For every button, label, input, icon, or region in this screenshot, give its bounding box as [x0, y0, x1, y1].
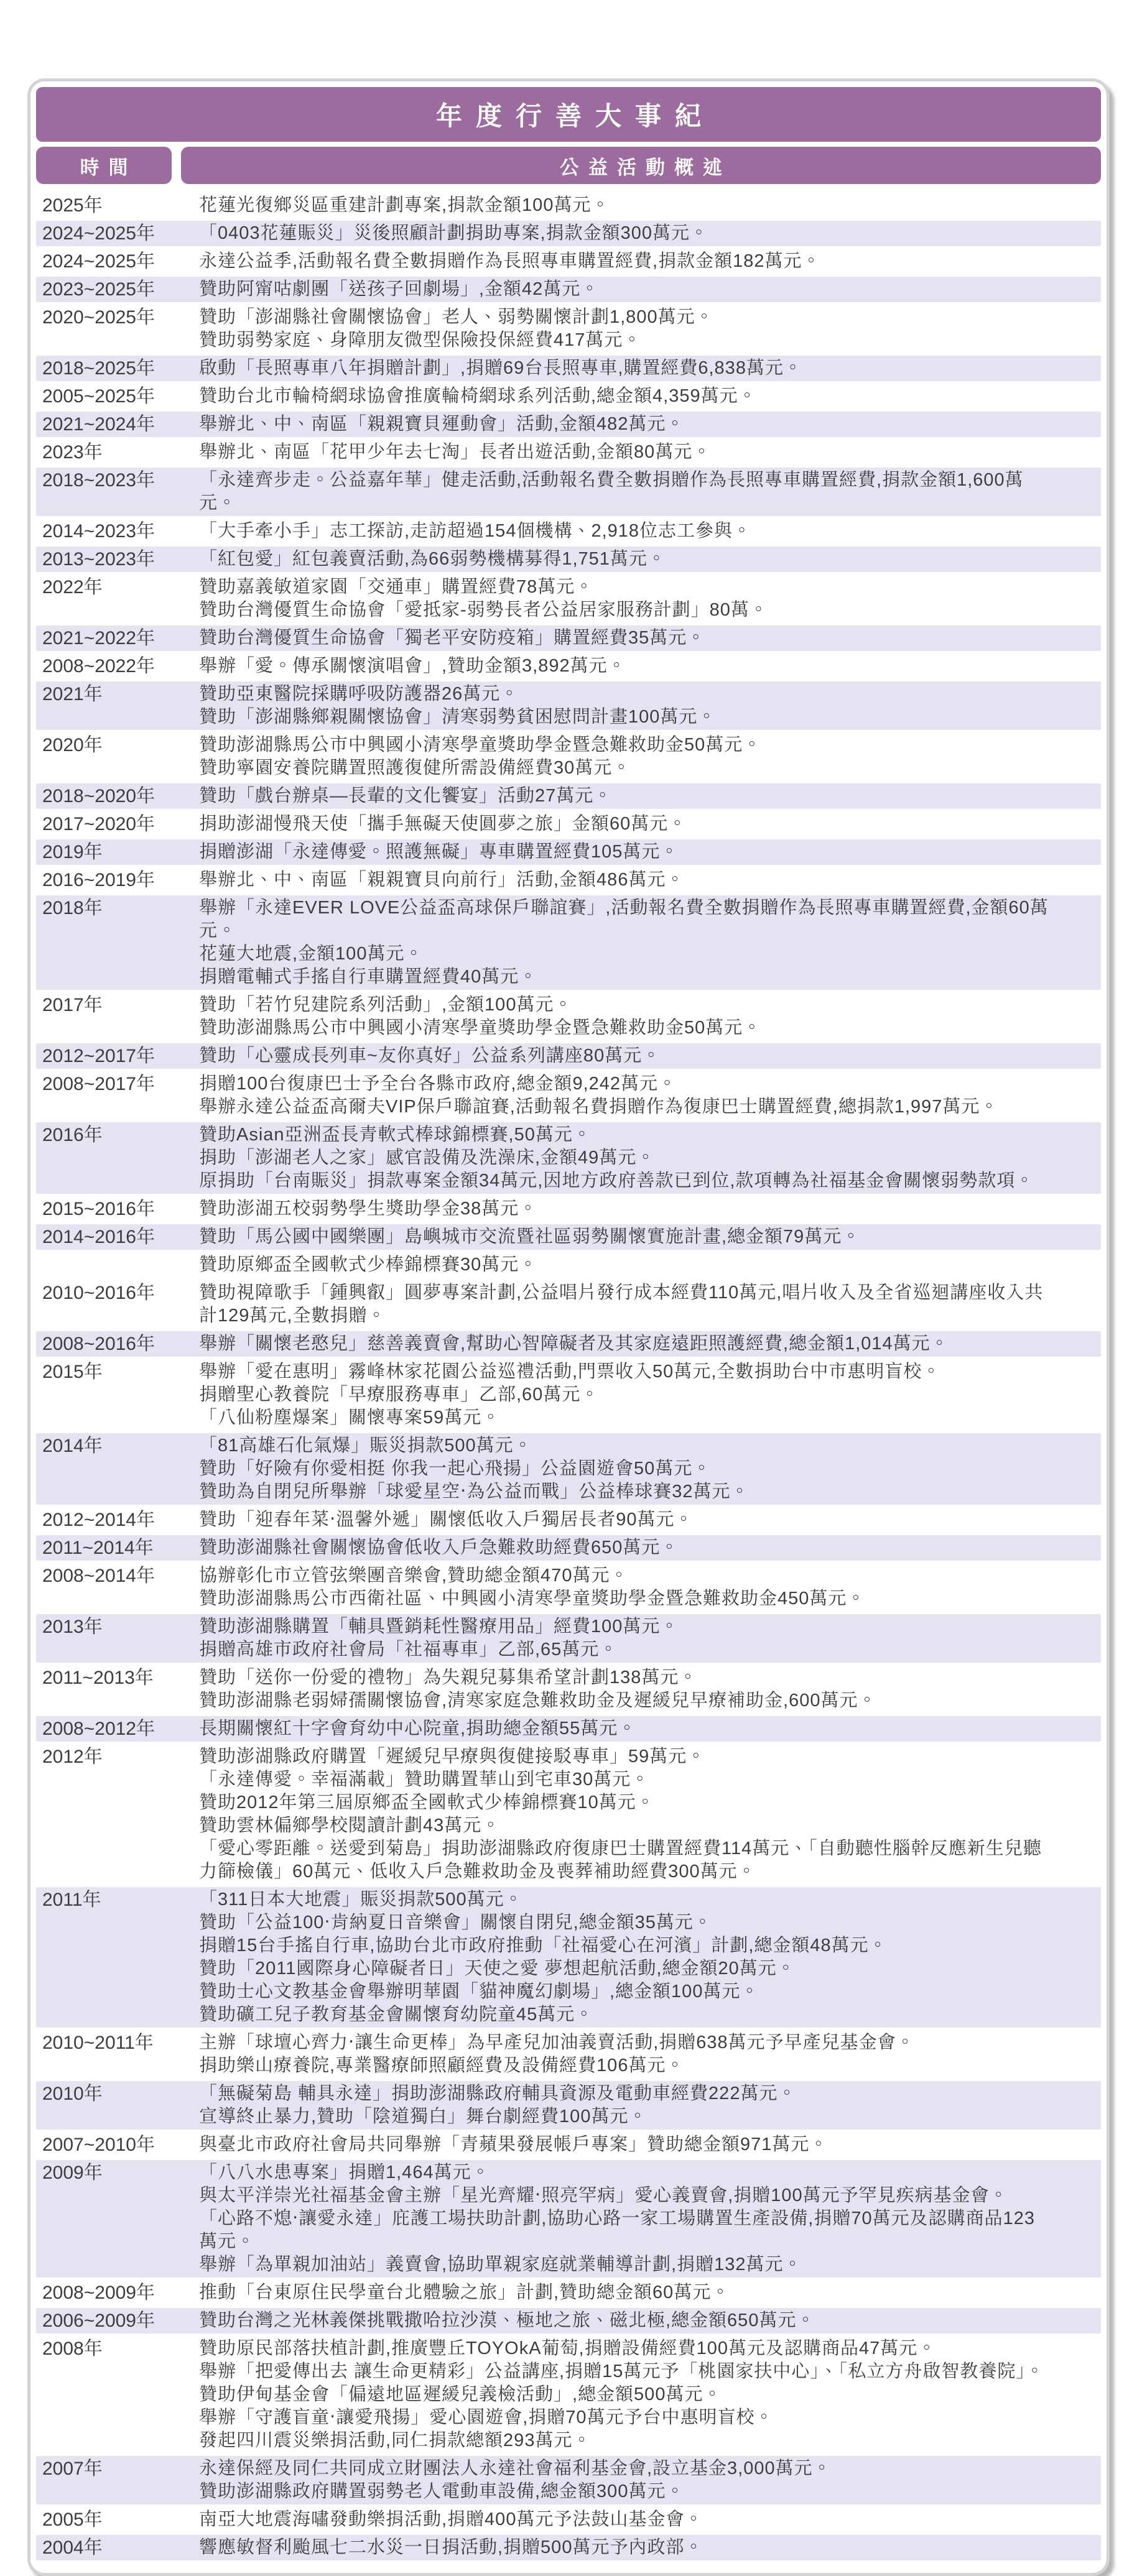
entry-lines: 「永達齊步走。公益嘉年華」健走活動,活動報名費全數捐贈作為長照專車購置經費,捐款…	[199, 469, 1052, 515]
entry-line: 「八八水患專案」捐贈1,464萬元。	[199, 2161, 1052, 2184]
entry-lines: 贊助阿甯咕劇團「送孩子回劇場」,金額42萬元。	[199, 278, 1052, 301]
entry-time: 2023~2025年	[36, 278, 199, 301]
entry-time: 2024~2025年	[36, 250, 199, 273]
entry-line: 贊助澎湖縣社會關懷協會低收入戶急難救助經費650萬元。	[199, 1536, 1052, 1559]
entry-line: 與太平洋崇光社福基金會主辦「星光齊耀‧照亮罕病」愛心義賣會,捐贈100萬元予罕見…	[199, 2184, 1052, 2207]
entry-lines: 舉辦「關懷老憨兒」慈善義賣會,幫助心智障礙者及其家庭遠距照護經費,總金額1,01…	[199, 1332, 1052, 1355]
entry-time: 2021~2024年	[36, 413, 199, 436]
entry-time: 2015~2016年	[36, 1198, 199, 1221]
entry-line: 永達保經及同仁共同成立財團法人永達社會福利基金會,設立基金3,000萬元。	[199, 2457, 1052, 2480]
entry-line: 舉辦「永達EVER LOVE公益盃高球保戶聯誼賽」,活動報名費全數捐贈作為長照專…	[199, 897, 1052, 943]
entry-line: 舉辦北、中、南區「親親寶貝向前行」活動,金額486萬元。	[199, 869, 1052, 892]
entry-time: 2020年	[36, 734, 199, 780]
entry-line: 捐助樂山療養院,專業醫療師照顧經費及設備經費106萬元。	[199, 2054, 1052, 2077]
event-row: 2007~2010年 與臺北市政府社會局共同舉辦「青蘋果發展帳戶專案」贊助總金額…	[36, 2132, 1101, 2158]
event-row: 2021~2024年 舉辦北、中、南區「親親寶貝運動會」活動,金額482萬元。	[36, 412, 1101, 437]
entry-line: 舉辦永達公益盃高爾夫VIP保戶聯誼賽,活動報名費捐贈作為復康巴士購置經費,總捐款…	[199, 1096, 1052, 1119]
entry-line: 「無礙菊島 輔具永達」捐助澎湖縣政府輔具資源及電動車經費222萬元。	[199, 2082, 1052, 2105]
event-row: 2008~2017年 捐贈100台復康巴士予全台各縣市政府,總金額9,242萬元…	[36, 1071, 1101, 1120]
entry-time: 2008~2012年	[36, 1717, 199, 1740]
column-header-time: 時間	[36, 147, 172, 184]
entry-time: 2008~2014年	[36, 1564, 199, 1610]
entry-line: 贊助2012年第三屆原鄉盃全國軟式少棒錦標賽10萬元。	[199, 1791, 1052, 1814]
entry-line: 贊助阿甯咕劇團「送孩子回劇場」,金額42萬元。	[199, 278, 1052, 301]
event-row: 2008~2016年 舉辦「關懷老憨兒」慈善義賣會,幫助心智障礙者及其家庭遠距照…	[36, 1331, 1101, 1357]
event-row: 2015~2016年 贊助澎湖五校弱勢學生獎助學金38萬元。	[36, 1196, 1101, 1222]
entry-time: 2008~2022年	[36, 655, 199, 678]
entry-time: 2010~2011年	[36, 2031, 199, 2077]
event-row: 2011年 「311日本大地震」賑災捐款500萬元。贊助「公益100‧肯納夏日音…	[36, 1887, 1101, 2028]
entry-line: 主辦「球壇心齊力‧讓生命更棒」為早產兒加油義賣活動,捐贈638萬元予早產兒基金會…	[199, 2031, 1052, 2054]
entry-time: 2017年	[36, 994, 199, 1040]
entry-line: 贊助澎湖五校弱勢學生獎助學金38萬元。	[199, 1198, 1052, 1221]
entry-line: 響應敏督利颱風七二水災一日捐活動,捐贈500萬元予內政部。	[199, 2536, 1052, 2559]
event-row: 2011~2014年 贊助澎湖縣社會關懷協會低收入戶急難救助經費650萬元。	[36, 1535, 1101, 1561]
event-row: 2014~2016年 贊助「馬公國中國樂團」島嶼城市交流暨社區弱勢關懷實施計畫,…	[36, 1224, 1101, 1250]
entry-line: 原捐助「台南賑災」捐款專案金額34萬元,因地方政府善款已到位,款項轉為社福基金會…	[199, 1170, 1052, 1193]
entry-time: 2024~2025年	[36, 222, 199, 245]
entry-lines: 南亞大地震海嘯發動樂捐活動,捐贈400萬元予法鼓山基金會。	[199, 2508, 1052, 2531]
event-row: 2013年 贊助澎湖縣購置「輔具暨銷耗性醫療用品」經費100萬元。捐贈高雄市政府…	[36, 1614, 1101, 1663]
entry-line: 贊助弱勢家庭、身障朋友微型保險投保經費417萬元。	[199, 329, 1052, 352]
entry-line: 捐贈100台復康巴士予全台各縣市政府,總金額9,242萬元。	[199, 1073, 1052, 1096]
entry-lines: 贊助「馬公國中國樂團」島嶼城市交流暨社區弱勢關懷實施計畫,總金額79萬元。	[199, 1226, 1052, 1249]
entry-lines: 舉辦北、中、南區「親親寶貝向前行」活動,金額486萬元。	[199, 869, 1052, 892]
entry-lines: 贊助原鄉盃全國軟式少棒錦標賽30萬元。	[199, 1253, 1052, 1276]
entry-time: 2017~2020年	[36, 813, 199, 836]
entry-lines: 永達保經及同仁共同成立財團法人永達社會福利基金會,設立基金3,000萬元。贊助澎…	[199, 2457, 1052, 2503]
entry-time: 2018~2025年	[36, 357, 199, 380]
event-row: 2010年 「無礙菊島 輔具永達」捐助澎湖縣政府輔具資源及電動車經費222萬元。…	[36, 2081, 1101, 2130]
entry-lines: 主辦「球壇心齊力‧讓生命更棒」為早產兒加油義賣活動,捐贈638萬元予早產兒基金會…	[199, 2031, 1052, 2077]
entry-line: 贊助「澎湖縣社會關懷協會」老人、弱勢關懷計劃1,800萬元。	[199, 306, 1052, 329]
entry-line: 與臺北市政府社會局共同舉辦「青蘋果發展帳戶專案」贊助總金額971萬元。	[199, 2133, 1052, 2156]
entry-line: 舉辦「守護盲童‧讓愛飛揚」愛心園遊會,捐贈70萬元予台中惠明盲校。	[199, 2406, 1052, 2429]
entry-line: 發起四川震災樂捐活動,同仁捐款總額293萬元。	[199, 2429, 1052, 2452]
entry-time: 2020~2025年	[36, 306, 199, 352]
entry-lines: 贊助台北市輪椅網球協會推廣輪椅網球系列活動,總金額4,359萬元。	[199, 385, 1052, 408]
entry-time: 2012年	[36, 1745, 199, 1883]
entry-line: 贊助雲林偏鄉學校閱讀計劃43萬元。	[199, 1814, 1052, 1837]
entry-line: 「永達齊步走。公益嘉年華」健走活動,活動報名費全數捐贈作為長照專車購置經費,捐款…	[199, 469, 1052, 515]
entry-line: 推動「台東原住民學童台北體驗之旅」計劃,贊助總金額60萬元。	[199, 2281, 1052, 2304]
entry-lines: 贊助「送你一份愛的禮物」為失親兒募集希望計劃138萬元。贊助澎湖縣老弱婦孺關懷協…	[199, 1666, 1052, 1712]
entry-time: 2018~2023年	[36, 469, 199, 515]
entry-lines: 「0403花蓮賑災」災後照顧計劃捐助專案,捐款金額300萬元。	[199, 222, 1052, 245]
entry-line: 花蓮光復鄉災區重建計劃專案,捐款金額100萬元。	[199, 194, 1052, 217]
entry-line: 贊助台北市輪椅網球協會推廣輪椅網球系列活動,總金額4,359萬元。	[199, 385, 1052, 408]
entry-time: 2010~2016年	[36, 1281, 199, 1327]
event-row: 2021~2022年 贊助台灣優質生命協會「獨老平安防疫箱」購置經費35萬元。	[36, 626, 1101, 651]
entry-time: 2014~2016年	[36, 1226, 199, 1249]
entry-time: 2008年	[36, 2337, 199, 2452]
entry-line: 「八仙粉塵爆案」關懷專案59萬元。	[199, 1406, 1052, 1429]
title-bar: 年度行善大事紀	[36, 87, 1101, 142]
event-row: 2017~2020年 捐助澎湖慢飛天使「攜手無礙天使圓夢之旅」金額60萬元。	[36, 811, 1101, 837]
entry-time: 2016~2019年	[36, 869, 199, 892]
event-row: 2021年 贊助亞東醫院採購呼吸防護器26萬元。贊助「澎湖縣鄉親關懷協會」清寒弱…	[36, 681, 1101, 730]
entry-time: 2022年	[36, 576, 199, 622]
entry-line: 贊助台灣優質生命協會「獨老平安防疫箱」購置經費35萬元。	[199, 627, 1052, 650]
entry-time: 2014年	[36, 1434, 199, 1503]
entry-time: 2023年	[36, 441, 199, 464]
event-row: 2018~2025年 啟動「長照專車八年捐贈計劃」,捐贈69台長照專車,購置經費…	[36, 356, 1101, 381]
entry-line: 贊助士心文教基金會舉辦明華園「貓神魔幻劇場」,總金額100萬元。	[199, 1980, 1052, 2003]
entry-line: 贊助Asian亞洲盃長青軟式棒球錦標賽,50萬元。	[199, 1124, 1052, 1147]
entry-lines: 「八八水患專案」捐贈1,464萬元。與太平洋崇光社福基金會主辦「星光齊耀‧照亮罕…	[199, 2161, 1052, 2276]
entry-line: 舉辦「愛在惠明」霧峰林家花園公益巡禮活動,門票收入50萬元,全數捐助台中市惠明盲…	[199, 1360, 1052, 1383]
event-row: 2004年 響應敏督利颱風七二水災一日捐活動,捐贈500萬元予內政部。	[36, 2535, 1101, 2560]
entry-line: 贊助澎湖縣老弱婦孺關懷協會,清寒家庭急難救助金及遲緩兒早療補助金,600萬元。	[199, 1689, 1052, 1712]
entry-time: 2011~2013年	[36, 1666, 199, 1712]
entry-line: 「81高雄石化氣爆」賑災捐款500萬元。	[199, 1434, 1052, 1457]
entry-lines: 舉辦「愛。傳承關懷演唱會」,贊助金額3,892萬元。	[199, 655, 1052, 678]
entry-lines: 贊助「若竹兒建院系列活動」,金額100萬元。贊助澎湖縣馬公市中興國小清寒學童獎助…	[199, 994, 1052, 1040]
entry-line: 南亞大地震海嘯發動樂捐活動,捐贈400萬元予法鼓山基金會。	[199, 2508, 1052, 2531]
entry-line: 贊助「公益100‧肯納夏日音樂會」關懷自閉兒,總金額35萬元。	[199, 1911, 1052, 1934]
entry-line: 捐贈電輔式手搖自行車購置經費40萬元。	[199, 966, 1052, 989]
entry-lines: 「無礙菊島 輔具永達」捐助澎湖縣政府輔具資源及電動車經費222萬元。宣導終止暴力…	[199, 2082, 1052, 2128]
entry-lines: 永達公益季,活動報名費全數捐贈作為長照專車購置經費,捐款金額182萬元。	[199, 250, 1052, 273]
entry-line: 宣導終止暴力,贊助「陰道獨白」舞台劇經費100萬元。	[199, 2105, 1052, 2128]
event-row: 2024~2025年 「0403花蓮賑災」災後照顧計劃捐助專案,捐款金額300萬…	[36, 221, 1101, 246]
entry-lines: 「紅包愛」紅包義賣活動,為66弱勢機構募得1,751萬元。	[199, 548, 1052, 571]
event-row: 2019年 捐贈澎湖「永達傳愛。照護無礙」專車購置經費105萬元。	[36, 839, 1101, 865]
entry-line: 贊助「2011國際身心障礙者日」天使之愛 夢想起航活動,總金額20萬元。	[199, 1957, 1052, 1980]
entry-lines: 舉辦北、南區「花甲少年去七淘」長者出遊活動,金額80萬元。	[199, 441, 1052, 464]
entry-time: 2007~2010年	[36, 2133, 199, 2156]
entry-line: 捐助「澎湖老人之家」感官設備及洗澡床,金額49萬元。	[199, 1147, 1052, 1170]
page: { "title": "年度行善大事紀", "columns": { "time…	[0, 0, 1137, 2489]
event-row: 2015年 舉辦「愛在惠明」霧峰林家花園公益巡禮活動,門票收入50萬元,全數捐助…	[36, 1359, 1101, 1431]
entry-time: 2021年	[36, 683, 199, 729]
entry-lines: 舉辦「愛在惠明」霧峰林家花園公益巡禮活動,門票收入50萬元,全數捐助台中市惠明盲…	[199, 1360, 1052, 1429]
entry-line: 捐贈高雄市政府社會局「社福專車」乙部,65萬元。	[199, 1638, 1052, 1661]
entry-lines: 贊助澎湖縣社會關懷協會低收入戶急難救助經費650萬元。	[199, 1536, 1052, 1559]
entry-lines: 贊助「澎湖縣社會關懷協會」老人、弱勢關懷計劃1,800萬元。贊助弱勢家庭、身障朋…	[199, 306, 1052, 352]
event-row: 2017年 贊助「若竹兒建院系列活動」,金額100萬元。贊助澎湖縣馬公市中興國小…	[36, 992, 1101, 1041]
event-row: 2022年 贊助嘉義敏道家園「交通車」購置經費78萬元。贊助台灣優質生命協會「愛…	[36, 575, 1101, 623]
entry-time: 2013年	[36, 1615, 199, 1661]
entry-line: 「永達傳愛。幸福滿載」贊助購置華山到宅車30萬元。	[199, 1768, 1052, 1791]
entry-lines: 贊助原民部落扶植計劃,推廣豐丘TOYOkA葡萄,捐贈設備經費100萬元及認購商品…	[199, 2337, 1052, 2452]
event-row: 2025年 花蓮光復鄉災區重建計劃專案,捐款金額100萬元。	[36, 193, 1101, 218]
entry-line: 「311日本大地震」賑災捐款500萬元。	[199, 1888, 1052, 1911]
event-row: 2006~2009年 贊助台灣之光林義傑挑戰撒哈拉沙漠、極地之旅、磁北極,總金額…	[36, 2308, 1101, 2334]
entry-line: 捐贈15台手搖自行車,協助台北市政府推動「社福愛心在河濱」計劃,總金額48萬元。	[199, 1934, 1052, 1957]
entry-line: 贊助澎湖縣馬公市西衛社區、中興國小清寒學童獎助學金暨急難救助金450萬元。	[199, 1587, 1052, 1610]
entry-line: 贊助嘉義敏道家園「交通車」購置經費78萬元。	[199, 576, 1052, 599]
entry-time: 2008~2016年	[36, 1332, 199, 1355]
entry-time: 2005~2025年	[36, 385, 199, 408]
entry-line: 贊助澎湖縣政府購置「遲緩兒早療與復健接駁專車」59萬元。	[199, 1745, 1052, 1768]
entry-lines: 贊助「心靈成長列車~友你真好」公益系列講座80萬元。	[199, 1045, 1052, 1068]
event-row: 2012年 贊助澎湖縣政府購置「遲緩兒早療與復健接駁專車」59萬元。「永達傳愛。…	[36, 1744, 1101, 1885]
entry-lines: 「311日本大地震」賑災捐款500萬元。贊助「公益100‧肯納夏日音樂會」關懷自…	[199, 1888, 1052, 2026]
entry-line: 贊助亞東醫院採購呼吸防護器26萬元。	[199, 683, 1052, 706]
entry-time: 2013~2023年	[36, 548, 199, 571]
entry-lines: 贊助澎湖縣購置「輔具暨銷耗性醫療用品」經費100萬元。捐贈高雄市政府社會局「社福…	[199, 1615, 1052, 1661]
entry-line: 舉辦「關懷老憨兒」慈善義賣會,幫助心智障礙者及其家庭遠距照護經費,總金額1,01…	[199, 1332, 1052, 1355]
page-title: 年度行善大事紀	[422, 96, 715, 133]
entry-time: 2018~2020年	[36, 785, 199, 808]
entry-time: 2005年	[36, 2508, 199, 2531]
entry-lines: 贊助「迎春年菜‧溫馨外遞」關懷低收入戶獨居長者90萬元。	[199, 1508, 1052, 1531]
entry-time: 2011年	[36, 1888, 199, 2026]
events-card: 年度行善大事紀 時間 公益活動概述 2025年 花蓮光復鄉災區重建計劃專案,捐款…	[27, 78, 1110, 2576]
entry-lines: 贊助澎湖縣政府購置「遲緩兒早療與復健接駁專車」59萬元。「永達傳愛。幸福滿載」贊…	[199, 1745, 1052, 1883]
event-row: 2018年 舉辦「永達EVER LOVE公益盃高球保戶聯誼賽」,活動報名費全數捐…	[36, 895, 1101, 990]
entry-line: 捐贈澎湖「永達傳愛。照護無礙」專車購置經費105萬元。	[199, 841, 1052, 864]
event-row: 2016~2019年 舉辦北、中、南區「親親寶貝向前行」活動,金額486萬元。	[36, 867, 1101, 893]
entry-line: 「心路不熄‧讓愛永達」庇護工場扶助計劃,協助心路一家工場購置生產設備,捐贈70萬…	[199, 2207, 1052, 2253]
entry-time: 2016年	[36, 1124, 199, 1193]
entry-line: 贊助澎湖縣政府購置弱勢老人電動車設備,總金額300萬元。	[199, 2480, 1052, 2503]
entry-line: 贊助伊甸基金會「偏遠地區遲緩兒義檢活動」,總金額500萬元。	[199, 2383, 1052, 2406]
entry-lines: 「81高雄石化氣爆」賑災捐款500萬元。贊助「好險有你愛相挺 你我一起心飛揚」公…	[199, 1434, 1052, 1503]
entry-time: 2021~2022年	[36, 627, 199, 650]
entry-time: 2014~2023年	[36, 520, 199, 543]
entry-line: 花蓮大地震,金額100萬元。	[199, 943, 1052, 966]
entry-line: 「愛心零距離。送愛到菊島」捐助澎湖縣政府復康巴士購置經費114萬元、「自動聽性腦…	[199, 1837, 1052, 1883]
entry-lines: 贊助視障歌手「鍾興叡」圓夢專案計劃,公益唱片發行成本經費110萬元,唱片收入及全…	[199, 1281, 1052, 1327]
event-row: 2012~2017年 贊助「心靈成長列車~友你真好」公益系列講座80萬元。	[36, 1043, 1101, 1069]
entry-line: 贊助為自閉兒所舉辦「球愛星空‧為公益而戰」公益棒球賽32萬元。	[199, 1480, 1052, 1503]
event-row: 2005年 南亞大地震海嘯發動樂捐活動,捐贈400萬元予法鼓山基金會。	[36, 2507, 1101, 2532]
event-row: 2023~2025年 贊助阿甯咕劇團「送孩子回劇場」,金額42萬元。	[36, 277, 1101, 302]
entry-lines: 贊助澎湖縣馬公市中興國小清寒學童獎助學金暨急難救助金50萬元。贊助寧園安養院購置…	[199, 734, 1052, 780]
entry-line: 「大手牽小手」志工探訪,走訪超過154個機構、2,918位志工參與。	[199, 520, 1052, 543]
event-row: 2020~2025年 贊助「澎湖縣社會關懷協會」老人、弱勢關懷計劃1,800萬元…	[36, 305, 1101, 353]
entry-lines: 舉辦北、中、南區「親親寶貝運動會」活動,金額482萬元。	[199, 413, 1052, 436]
entry-line: 捐助澎湖慢飛天使「攜手無礙天使圓夢之旅」金額60萬元。	[199, 813, 1052, 836]
entry-line: 舉辦「為單親加油站」義賣會,協助單親家庭就業輔導計劃,捐贈132萬元。	[199, 2253, 1052, 2276]
entry-lines: 贊助「戲台辦桌—長輩的文化饗宴」活動27萬元。	[199, 785, 1052, 808]
entry-line: 贊助澎湖縣購置「輔具暨銷耗性醫療用品」經費100萬元。	[199, 1615, 1052, 1638]
event-row: 2010~2016年 贊助視障歌手「鍾興叡」圓夢專案計劃,公益唱片發行成本經費1…	[36, 1280, 1101, 1329]
entry-time: 2019年	[36, 841, 199, 864]
entry-line: 贊助礦工兒子教育基金會關懷育幼院童45萬元。	[199, 2003, 1052, 2026]
entry-time: 2008~2009年	[36, 2281, 199, 2304]
entry-line: 贊助「好險有你愛相挺 你我一起心飛揚」公益園遊會50萬元。	[199, 1457, 1052, 1480]
entry-line: 贊助「迎春年菜‧溫馨外遞」關懷低收入戶獨居長者90萬元。	[199, 1508, 1052, 1531]
entry-line: 贊助「戲台辦桌—長輩的文化饗宴」活動27萬元。	[199, 785, 1052, 808]
entry-line: 贊助視障歌手「鍾興叡」圓夢專案計劃,公益唱片發行成本經費110萬元,唱片收入及全…	[199, 1281, 1052, 1327]
event-row: 2008年 贊助原民部落扶植計劃,推廣豐丘TOYOkA葡萄,捐贈設備經費100萬…	[36, 2336, 1101, 2454]
entry-lines: 與臺北市政府社會局共同舉辦「青蘋果發展帳戶專案」贊助總金額971萬元。	[199, 2133, 1052, 2156]
event-row: 2024~2025年 永達公益季,活動報名費全數捐贈作為長照專車購置經費,捐款金…	[36, 249, 1101, 274]
event-row: 2008~2012年 長期關懷紅十字會育幼中心院童,捐助總金額55萬元。	[36, 1716, 1101, 1742]
entry-line: 贊助澎湖縣馬公市中興國小清寒學童獎助學金暨急難救助金50萬元。	[199, 734, 1052, 757]
entry-line: 「紅包愛」紅包義賣活動,為66弱勢機構募得1,751萬元。	[199, 548, 1052, 571]
entry-lines: 贊助嘉義敏道家園「交通車」購置經費78萬元。贊助台灣優質生命協會「愛抵家-弱勢長…	[199, 576, 1052, 622]
column-header-row: 時間 公益活動概述	[36, 147, 1101, 184]
event-row: 2014年 「81高雄石化氣爆」賑災捐款500萬元。贊助「好險有你愛相挺 你我一…	[36, 1433, 1101, 1505]
entry-line: 舉辦北、南區「花甲少年去七淘」長者出遊活動,金額80萬元。	[199, 441, 1052, 464]
entry-line: 長期關懷紅十字會育幼中心院童,捐助總金額55萬元。	[199, 1717, 1052, 1740]
entry-line: 贊助台灣優質生命協會「愛抵家-弱勢長者公益居家服務計劃」80萬。	[199, 599, 1052, 622]
entry-line: 「0403花蓮賑災」災後照顧計劃捐助專案,捐款金額300萬元。	[199, 222, 1052, 245]
entry-time: 2012~2017年	[36, 1045, 199, 1068]
entry-time: 2010年	[36, 2082, 199, 2128]
entry-lines: 贊助Asian亞洲盃長青軟式棒球錦標賽,50萬元。捐助「澎湖老人之家」感官設備及…	[199, 1124, 1052, 1193]
entry-lines: 響應敏督利颱風七二水災一日捐活動,捐贈500萬元予內政部。	[199, 2536, 1052, 2559]
entry-time: 2009年	[36, 2161, 199, 2276]
event-row: 2008~2014年 協辦彰化市立管弦樂團音樂會,贊助總金額470萬元。贊助澎湖…	[36, 1563, 1101, 1612]
entry-lines: 贊助台灣之光林義傑挑戰撒哈拉沙漠、極地之旅、磁北極,總金額650萬元。	[199, 2309, 1052, 2332]
entry-lines: 協辦彰化市立管弦樂團音樂會,贊助總金額470萬元。贊助澎湖縣馬公市西衛社區、中興…	[199, 1564, 1052, 1610]
event-row: 2018~2020年 贊助「戲台辦桌—長輩的文化饗宴」活動27萬元。	[36, 783, 1101, 809]
entry-lines: 捐贈澎湖「永達傳愛。照護無礙」專車購置經費105萬元。	[199, 841, 1052, 864]
entry-time: 2004年	[36, 2536, 199, 2559]
entry-line: 贊助台灣之光林義傑挑戰撒哈拉沙漠、極地之旅、磁北極,總金額650萬元。	[199, 2309, 1052, 2332]
entry-lines: 推動「台東原住民學童台北體驗之旅」計劃,贊助總金額60萬元。	[199, 2281, 1052, 2304]
entry-time: 2015年	[36, 1360, 199, 1429]
event-row: 2007年 永達保經及同仁共同成立財團法人永達社會福利基金會,設立基金3,000…	[36, 2456, 1101, 2504]
entry-line: 贊助原民部落扶植計劃,推廣豐丘TOYOkA葡萄,捐贈設備經費100萬元及認購商品…	[199, 2337, 1052, 2360]
entry-line: 贊助「若竹兒建院系列活動」,金額100萬元。	[199, 994, 1052, 1017]
entry-line: 協辦彰化市立管弦樂團音樂會,贊助總金額470萬元。	[199, 1564, 1052, 1587]
event-row: 贊助原鄉盃全國軟式少棒錦標賽30萬元。	[36, 1252, 1101, 1278]
event-row: 2020年 贊助澎湖縣馬公市中興國小清寒學童獎助學金暨急難救助金50萬元。贊助寧…	[36, 732, 1101, 781]
entry-time: 2008~2017年	[36, 1073, 199, 1119]
entry-time: 2006~2009年	[36, 2309, 199, 2332]
entry-line: 贊助澎湖縣馬公市中興國小清寒學童獎助學金暨急難救助金50萬元。	[199, 1017, 1052, 1040]
entry-time	[36, 1253, 199, 1276]
events-table: 2025年 花蓮光復鄉災區重建計劃專案,捐款金額100萬元。 2024~2025…	[36, 193, 1101, 2560]
event-row: 2018~2023年 「永達齊步走。公益嘉年華」健走活動,活動報名費全數捐贈作為…	[36, 468, 1101, 516]
entry-lines: 「大手牽小手」志工探訪,走訪超過154個機構、2,918位志工參與。	[199, 520, 1052, 543]
event-row: 2005~2025年 贊助台北市輪椅網球協會推廣輪椅網球系列活動,總金額4,35…	[36, 384, 1101, 409]
event-row: 2016年 贊助Asian亞洲盃長青軟式棒球錦標賽,50萬元。捐助「澎湖老人之家…	[36, 1122, 1101, 1194]
event-row: 2013~2023年 「紅包愛」紅包義賣活動,為66弱勢機構募得1,751萬元。	[36, 547, 1101, 572]
entry-time: 2011~2014年	[36, 1536, 199, 1559]
entry-line: 贊助「馬公國中國樂團」島嶼城市交流暨社區弱勢關懷實施計畫,總金額79萬元。	[199, 1226, 1052, 1249]
entry-line: 贊助「送你一份愛的禮物」為失親兒募集希望計劃138萬元。	[199, 1666, 1052, 1689]
entry-time: 2018年	[36, 897, 199, 989]
entry-line: 舉辦「愛。傳承關懷演唱會」,贊助金額3,892萬元。	[199, 655, 1052, 678]
event-row: 2010~2011年 主辦「球壇心齊力‧讓生命更棒」為早產兒加油義賣活動,捐贈6…	[36, 2030, 1101, 2079]
entry-lines: 贊助亞東醫院採購呼吸防護器26萬元。贊助「澎湖縣鄉親關懷協會」清寒弱勢貧困慰問計…	[199, 683, 1052, 729]
entry-lines: 花蓮光復鄉災區重建計劃專案,捐款金額100萬元。	[199, 194, 1052, 217]
entry-lines: 捐贈100台復康巴士予全台各縣市政府,總金額9,242萬元。舉辦永達公益盃高爾夫…	[199, 1073, 1052, 1119]
entry-line: 永達公益季,活動報名費全數捐贈作為長照專車購置經費,捐款金額182萬元。	[199, 250, 1052, 273]
event-row: 2014~2023年 「大手牽小手」志工探訪,走訪超過154個機構、2,918位…	[36, 519, 1101, 544]
entry-time: 2012~2014年	[36, 1508, 199, 1531]
entry-line: 贊助「心靈成長列車~友你真好」公益系列講座80萬元。	[199, 1045, 1052, 1068]
entry-line: 贊助「澎湖縣鄉親關懷協會」清寒弱勢貧困慰問計畫100萬元。	[199, 706, 1052, 729]
event-row: 2011~2013年 贊助「送你一份愛的禮物」為失親兒募集希望計劃138萬元。贊…	[36, 1665, 1101, 1714]
entry-lines: 長期關懷紅十字會育幼中心院童,捐助總金額55萬元。	[199, 1717, 1052, 1740]
event-row: 2008~2022年 舉辦「愛。傳承關懷演唱會」,贊助金額3,892萬元。	[36, 653, 1101, 679]
column-header-activity: 公益活動概述	[181, 147, 1101, 184]
entry-lines: 捐助澎湖慢飛天使「攜手無礙天使圓夢之旅」金額60萬元。	[199, 813, 1052, 836]
event-row: 2012~2014年 贊助「迎春年菜‧溫馨外遞」關懷低收入戶獨居長者90萬元。	[36, 1507, 1101, 1533]
entry-line: 贊助寧園安養院購置照護復健所需設備經費30萬元。	[199, 757, 1052, 780]
entry-line: 贊助原鄉盃全國軟式少棒錦標賽30萬元。	[199, 1253, 1052, 1276]
entry-line: 舉辦北、中、南區「親親寶貝運動會」活動,金額482萬元。	[199, 413, 1052, 436]
entry-line: 捐贈聖心教養院「早療服務專車」乙部,60萬元。	[199, 1383, 1052, 1406]
entry-time: 2007年	[36, 2457, 199, 2503]
event-row: 2009年 「八八水患專案」捐贈1,464萬元。與太平洋崇光社福基金會主辦「星光…	[36, 2160, 1101, 2278]
entry-lines: 贊助澎湖五校弱勢學生獎助學金38萬元。	[199, 1198, 1052, 1221]
entry-lines: 啟動「長照專車八年捐贈計劃」,捐贈69台長照專車,購置經費6,838萬元。	[199, 357, 1052, 380]
entry-lines: 舉辦「永達EVER LOVE公益盃高球保戶聯誼賽」,活動報名費全數捐贈作為長照專…	[199, 897, 1052, 989]
entry-line: 啟動「長照專車八年捐贈計劃」,捐贈69台長照專車,購置經費6,838萬元。	[199, 357, 1052, 380]
entry-lines: 贊助台灣優質生命協會「獨老平安防疫箱」購置經費35萬元。	[199, 627, 1052, 650]
entry-line: 舉辦「把愛傳出去 讓生命更精彩」公益講座,捐贈15萬元予「桃園家扶中心」、「私立…	[199, 2360, 1052, 2383]
event-row: 2023年 舉辦北、南區「花甲少年去七淘」長者出遊活動,金額80萬元。	[36, 440, 1101, 465]
event-row: 2008~2009年 推動「台東原住民學童台北體驗之旅」計劃,贊助總金額60萬元…	[36, 2280, 1101, 2306]
entry-time: 2025年	[36, 194, 199, 217]
